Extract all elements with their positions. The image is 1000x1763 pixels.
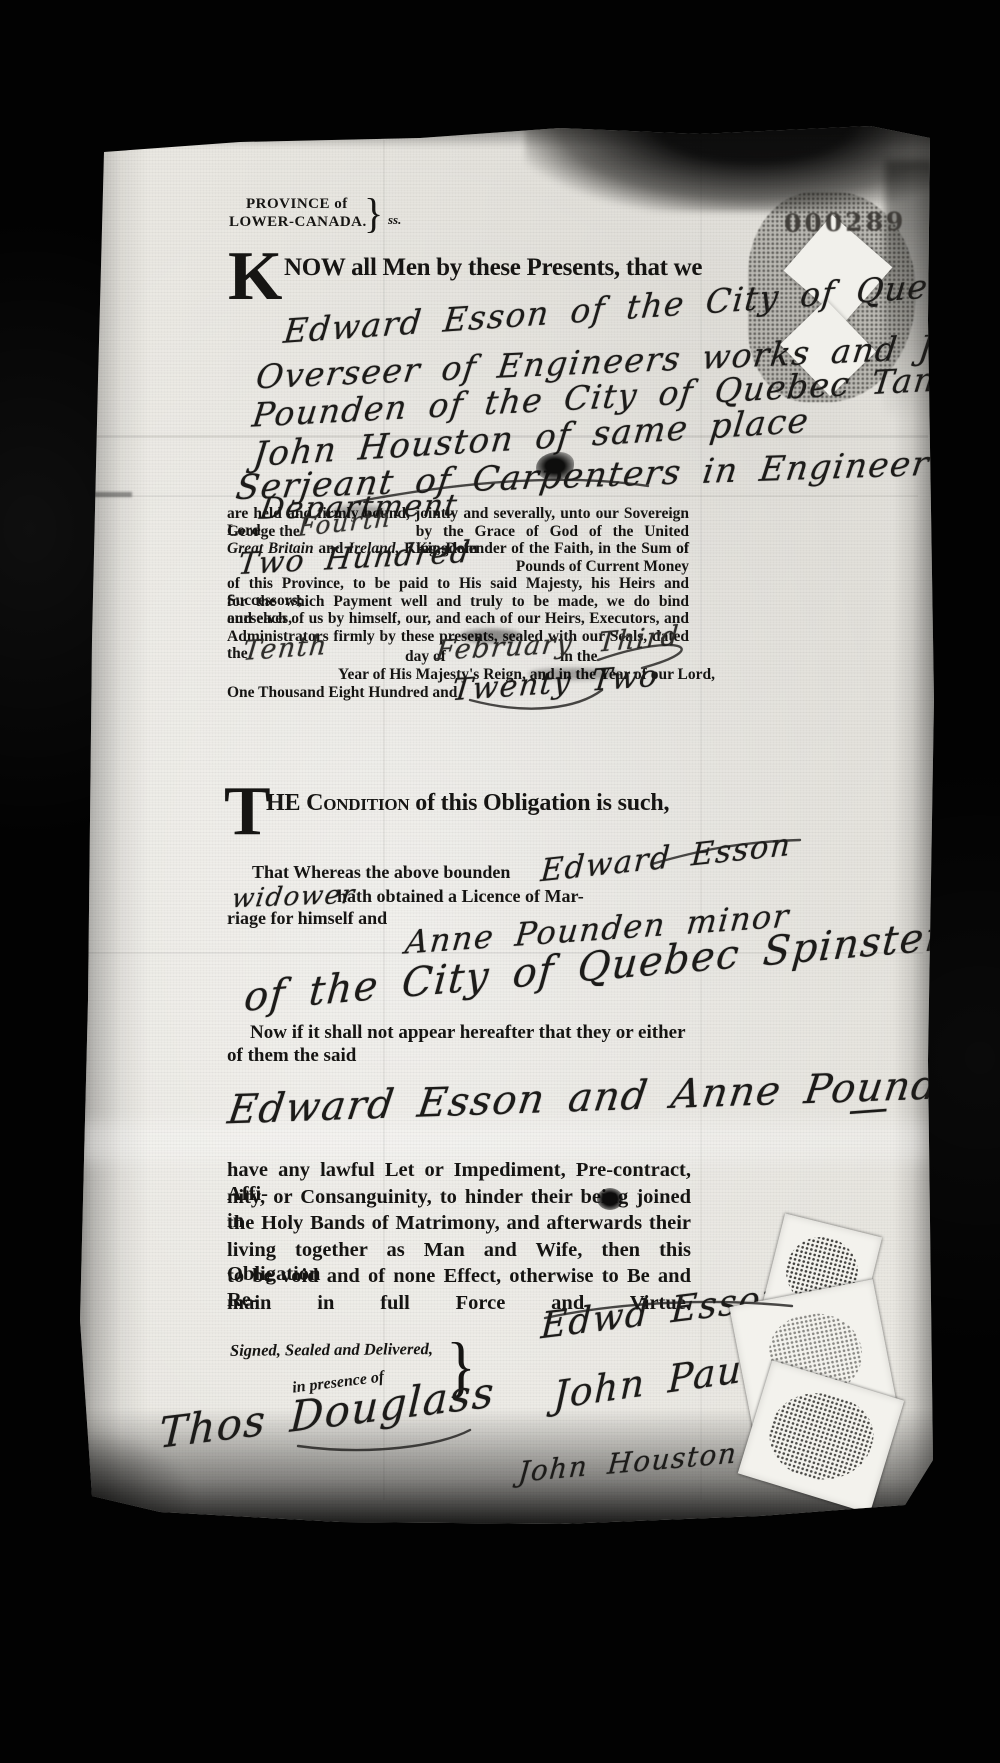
stamp-serial-number: 000289 (784, 207, 907, 238)
whereas-line: That Whereas the above bounden (252, 862, 510, 883)
condition-dropcap: T (224, 783, 271, 841)
paper-left-edge-shadow (70, 135, 148, 1515)
handwritten-couple-dash: — (846, 1085, 891, 1134)
opening-dropcap: K (228, 248, 282, 306)
paper-top-right-dark-blob (525, 116, 940, 212)
opening-heading: NOW all Men by these Presents, that we (284, 254, 702, 282)
ink-blot (597, 1188, 623, 1210)
obligation-line: the Holy Bands of Matrimony, and afterwa… (227, 1211, 691, 1235)
fold-light-band (78, 1122, 926, 1162)
seal-impression (760, 1381, 883, 1493)
bond-line: and each of us by himself, our, and each… (227, 610, 689, 627)
riage-line: riage for himself and (227, 908, 387, 929)
signed-sealed-line: Signed, Sealed and Delivered, (230, 1339, 433, 1361)
now-if-line: Now if it shall not appear hereafter tha… (250, 1022, 686, 1044)
ink-smudge (333, 505, 385, 517)
province-brace: } (364, 189, 383, 238)
handwritten-day: Tenth (242, 630, 329, 667)
licence-line: hath obtained a Licence of Mar- (337, 886, 584, 907)
of-them-line: of them the said (227, 1045, 356, 1067)
condition-heading: HE Condition of this Obligation is such, (266, 790, 669, 817)
ink-smudge (528, 668, 620, 680)
photograph-background: 000289 PROVINCE of LOWER-CANADA. } ss. K… (0, 0, 1000, 1763)
bond-year-line: One Thousand Eight Hundred and (227, 684, 457, 702)
province-line1: PROVINCE of (246, 196, 348, 213)
province-line2: LOWER-CANADA. (229, 214, 367, 231)
jurat-ss: ss. (388, 212, 401, 228)
document-page: 000289 PROVINCE of LOWER-CANADA. } ss. K… (0, 0, 1000, 1763)
ink-smudge (460, 629, 522, 643)
handwritten-groom-name: Edward Esson (539, 827, 793, 889)
